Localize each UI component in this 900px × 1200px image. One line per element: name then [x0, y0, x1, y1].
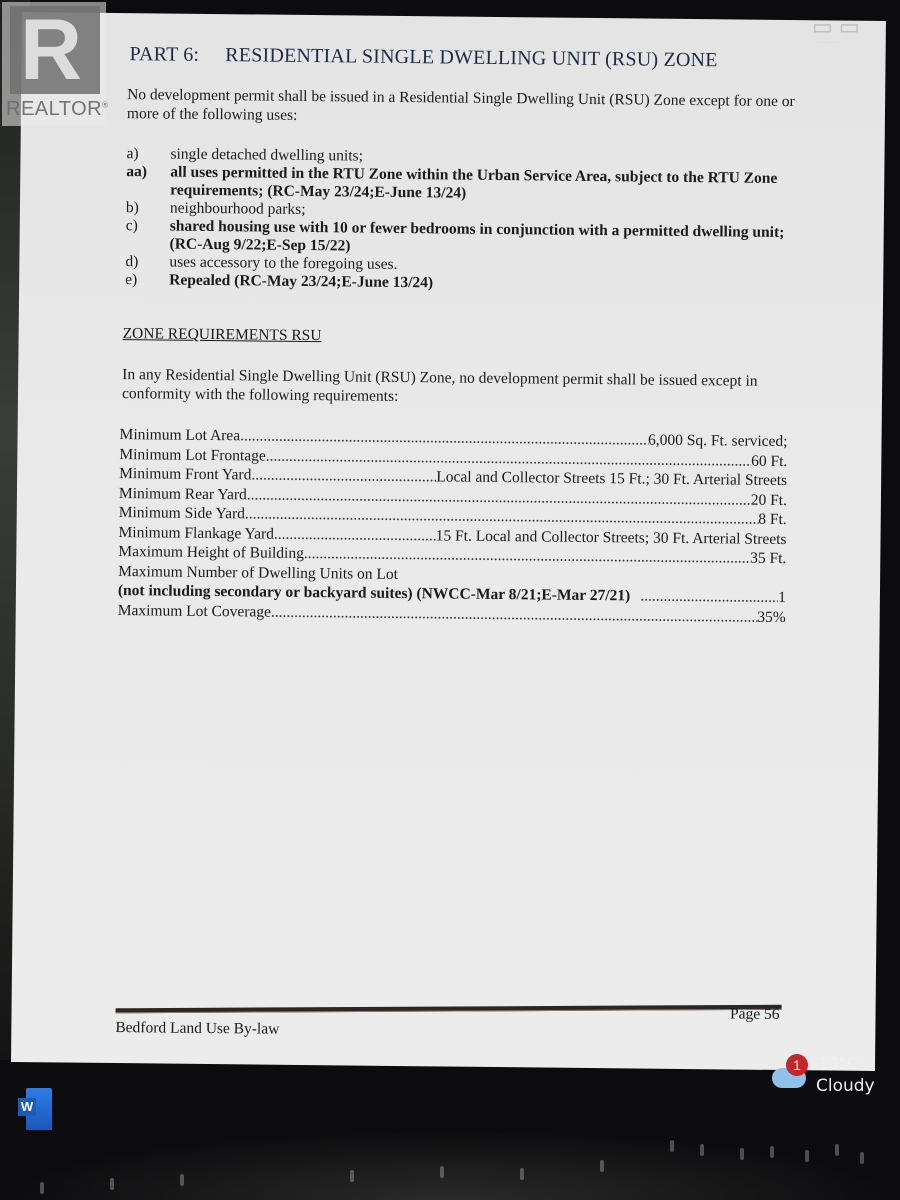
realtor-logo-icon: R: [10, 6, 100, 94]
use-letter: c): [125, 217, 169, 253]
use-letter: aa): [126, 163, 170, 199]
requirement-label: Maximum Height of Building: [118, 542, 304, 563]
requirement-value: 8 Ft.: [758, 510, 787, 530]
realtor-watermark: R REALTOR®: [2, 2, 106, 126]
requirement-value: 20 Ft.: [751, 490, 787, 510]
page-title: PART 6:RESIDENTIAL SINGLE DWELLING UNIT …: [129, 43, 717, 72]
weather-condition: Cloudy: [816, 1076, 875, 1096]
requirement-label: Maximum Lot Coverage: [118, 601, 271, 622]
requirement-value: 35 Ft.: [750, 549, 786, 569]
corner-watermark-logo: ▭ ▭ · · · · · · · · · ·: [812, 14, 882, 52]
requirement-value: 35%: [757, 607, 786, 627]
requirement-value: 60 Ft.: [751, 451, 787, 471]
page-number: Page 56: [730, 1005, 780, 1024]
document-page: PART 6:RESIDENTIAL SINGLE DWELLING UNIT …: [11, 12, 886, 1071]
requirements-table: Minimum Lot Area6,000 Sq. Ft. serviced; …: [118, 425, 788, 627]
requirement-label: Minimum Side Yard: [119, 503, 245, 524]
footer-divider: [116, 1005, 782, 1013]
requirement-label: Minimum Rear Yard: [119, 484, 247, 505]
leader-dots: [251, 465, 436, 486]
title-text: RESIDENTIAL SINGLE DWELLING UNIT (RSU) Z…: [225, 44, 718, 71]
word-app-icon[interactable]: W: [16, 1088, 58, 1136]
requirement-value: 6,000 Sq. Ft. serviced;: [648, 431, 788, 452]
requirement-value: 1: [778, 588, 786, 608]
zone-requirements-heading: ZONE REQUIREMENTS RSU: [123, 325, 322, 345]
weather-temperature: 10°C: [818, 1054, 858, 1073]
requirement-label: Minimum Flankage Yard: [118, 523, 274, 544]
leader-dots: [274, 524, 436, 545]
notification-badge: 1: [786, 1054, 808, 1076]
weather-widget[interactable]: 1 10°C Cloudy: [768, 1052, 888, 1112]
realtor-letter: R: [20, 14, 80, 86]
part-number: PART 6:: [129, 43, 199, 66]
use-letter: d): [125, 253, 169, 271]
corner-watermark-text: · · · · · · · · · ·: [816, 40, 839, 45]
requirement-label: Minimum Front Yard: [119, 464, 251, 485]
leader-dots: [630, 586, 778, 607]
intro-paragraph: No development permit shall be issued in…: [127, 85, 797, 130]
leader-dots: [271, 602, 758, 627]
use-letter: e): [125, 271, 169, 289]
permitted-uses-list: a) single detached dwelling units; aa) a…: [125, 145, 796, 296]
requirements-intro: In any Residential Single Dwelling Unit …: [122, 365, 792, 410]
footer-document-name: Bedford Land Use By-law: [115, 1019, 279, 1039]
leader-dots: [398, 578, 786, 582]
use-letter: a): [126, 145, 170, 163]
use-letter: b): [126, 199, 170, 217]
requirement-label: Minimum Lot Area: [119, 425, 240, 446]
keyboard-background: [0, 1130, 900, 1200]
realtor-word: REALTOR: [6, 98, 102, 120]
requirement-label: Minimum Lot Frontage: [119, 445, 266, 466]
word-icon-letter: W: [18, 1098, 36, 1116]
registered-mark: ®: [102, 100, 108, 109]
document-body: PART 6:RESIDENTIAL SINGLE DWELLING UNIT …: [122, 13, 792, 20]
realtor-wordmark: REALTOR®: [6, 98, 109, 121]
